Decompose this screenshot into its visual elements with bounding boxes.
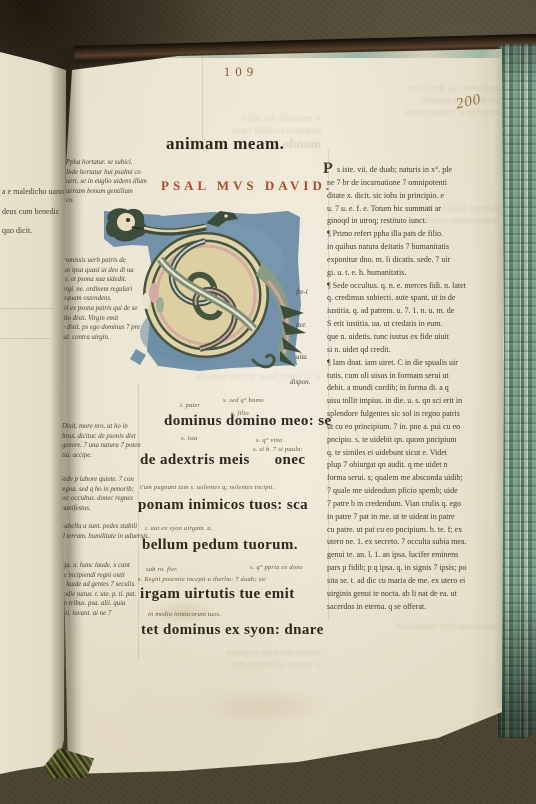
- wrap-fragment: tter.: [296, 321, 307, 329]
- parchment-stain: [200, 688, 330, 724]
- interlinear-gloss: i. pater: [180, 402, 200, 409]
- psalm-heading-text: animam meam.: [166, 134, 284, 154]
- showthrough-text: magna opera dni exquisitain omnes uolunt…: [146, 646, 321, 670]
- margin-gloss-block: Ppha hortatur. se subici.Inde hortatur h…: [66, 158, 178, 206]
- margin-gloss-block: Sede p labore quiete. 7 conregna. sed q …: [60, 475, 172, 513]
- showthrough-text: et respondit dns uerbapropterea exaltabi…: [146, 112, 321, 136]
- interlinear-gloss: s. sed q° homo: [223, 397, 264, 404]
- psalm-text-line: tet dominus ex syon: dnare: [141, 622, 324, 639]
- right-page: et respondit dns uerbapropterea exaltabi…: [58, 46, 506, 780]
- showthrough-text: memoriam fecit mirabilium: [331, 620, 496, 632]
- interlinear-gloss: s. q° ppria ex done: [250, 564, 303, 571]
- margin-gloss-block: Scabellu a sunt. pedes stabiliad terram.…: [58, 522, 170, 541]
- wrap-fragment: uita: [296, 353, 307, 361]
- page-number-center: 109: [206, 64, 276, 80]
- manuscript-photograph: a e maledicho uanodeus cum benedicquo di…: [0, 0, 536, 804]
- left-page-text-fragments: a e maledicho uanodeus cum benedicquo di…: [2, 182, 64, 241]
- psalm-text-line: dominus domino meo: se: [164, 413, 332, 430]
- margin-gloss-block: Dixit. more nro. ut ho inbrus. dicitur. …: [62, 422, 174, 460]
- commentary-column: s iste. vii. de duab; naturis in x°. ple…: [327, 164, 504, 614]
- left-page: a e maledicho uanodeus cum benedicquo di…: [0, 40, 72, 780]
- ruling-line: [0, 338, 50, 339]
- interlinear-gloss: s. q° vino: [256, 437, 282, 444]
- margin-gloss-block: promissis uerb patris dequo ipsa quasi a…: [60, 256, 172, 342]
- wrap-fragment: fre-t: [296, 288, 308, 296]
- margin-gloss-block: Virga. u. hanc laude. x cantmite incipie…: [55, 561, 167, 619]
- rubric-psalmus-david: PSAL MVS DAVID.: [161, 178, 333, 194]
- wrap-fragment: dispon.: [290, 378, 310, 386]
- showthrough-text: mando: [283, 138, 321, 150]
- interlinear-gloss: s. ista: [181, 435, 198, 442]
- ruling-line: [0, 308, 54, 309]
